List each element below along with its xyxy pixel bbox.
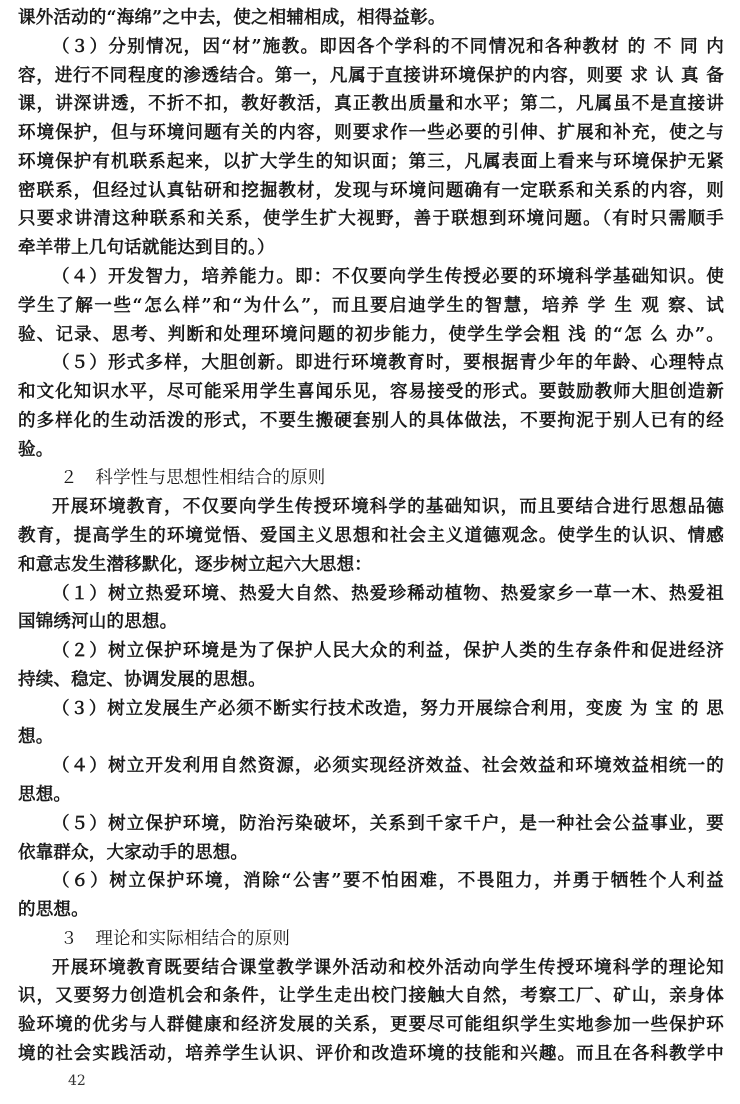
- text-line: 密联系，但经过认真钻研和挖掘教材，发现与环境问题确有一定联系和关系的内容，则: [18, 177, 724, 205]
- text-line: （５）树立保护环境，防治污染破坏，关系到千家千户，是一种社会公益事业，要: [52, 810, 724, 838]
- text-line: 和文化知识水平，尽可能采用学生喜闻乐见，容易接受的形式。要鼓励教师大胆创造新: [18, 378, 724, 406]
- text-line: 验环境的优劣与人群健康和经济发展的关系，更要尽可能组织学生实地参加一些保护环: [18, 1011, 724, 1039]
- section-heading: ２ 科学性与思想性相结合的原则: [60, 464, 660, 492]
- text-line: 持续、稳定、协调发展的思想。: [18, 666, 724, 694]
- text-line: 验、记录、思考、判断和处理环境问题的初步能力，使学生学会粗 浅 的“怎 么 办”…: [18, 321, 724, 349]
- text-line: 只要求讲清这种联系和关系，使学生扩大视野，善于联想到环境问题。（有时只需顺手: [18, 205, 724, 233]
- text-line: 境的社会实践活动，培养学生认识、评价和改造环境的技能和兴趣。而且在各科教学中: [18, 1040, 724, 1068]
- text-line: 国锦绣河山的思想。: [18, 608, 724, 636]
- text-line: 课，讲深讲透，不折不扣，教好教活，真正教出质量和水平；第二，凡属虽不是直接讲: [18, 90, 724, 118]
- text-line: 课外活动的“海绵”之中去，使之相辅相成，相得益彰。: [18, 4, 724, 32]
- text-line: （２）树立保护环境是为了保护人民大众的利益，保护人类的生存条件和促进经济: [52, 637, 724, 665]
- text-line: （６）树立保护环境，消除“公害”要不怕困难，不畏阻力，并勇于牺牲个人利益: [52, 867, 724, 895]
- text-line: 容，进行不同程度的渗透结合。第一，凡属于直接讲环境保护的内容，则要 求 认 真 …: [18, 62, 724, 90]
- text-line: 环境保护有机联系起来，以扩大学生的知识面；第三，凡属表面上看来与环境保护无紧: [18, 148, 724, 176]
- document-page: 课外活动的“海绵”之中去，使之相辅相成，相得益彰。（３）分别情况，因“材”施教。…: [0, 0, 740, 1104]
- text-line: （５）形式多样，大胆创新。即进行环境教育时，要根据青少年的年龄、心理特点: [52, 349, 724, 377]
- text-line: 开展环境教育既要结合课堂教学课外活动和校外活动向学生传授环境科学的理论知: [52, 954, 724, 982]
- text-line: 环境保护，但与环境问题有关的内容，则要求作一些必要的引伸、扩展和补充，使之与: [18, 119, 724, 147]
- text-line: 牵羊带上几句话就能达到目的。）: [18, 234, 724, 262]
- text-line: 思想。: [18, 781, 724, 809]
- text-line: 开展环境教育，不仅要向学生传授环境科学的基础知识，而且要结合进行思想品德: [52, 493, 724, 521]
- page-number: 42: [68, 1073, 86, 1089]
- text-line: 的思想。: [18, 896, 724, 924]
- text-line: 和意志发生潜移默化，逐步树立起六大思想：: [18, 551, 724, 579]
- text-line: （４）树立开发利用自然资源，必须实现经济效益、社会效益和环境效益相统一的: [52, 752, 724, 780]
- text-line: （４）开发智力，培养能力。即：不仅要向学生传授必要的环境科学基础知识。使: [52, 263, 724, 291]
- text-line: （１）树立热爱环境、热爱大自然、热爱珍稀动植物、热爱家乡一草一木、热爱祖: [52, 580, 724, 608]
- text-line: 想。: [18, 723, 724, 751]
- text-line: 验。: [18, 436, 724, 464]
- text-line: 的多样化的生动活泼的形式，不要生搬硬套别人的具体做法，不要拘泥于别人已有的经: [18, 407, 724, 435]
- text-line: 教育，提高学生的环境觉悟、爱国主义思想和社会主义道德观念。使学生的认识、情感: [18, 522, 724, 550]
- text-line: 识，又要努力创造机会和条件，让学生走出校门接触大自然，考察工厂、矿山，亲身体: [18, 982, 724, 1010]
- text-line: （３）树立发展生产必须不断实行技术改造，努力开展综合利用，变废 为 宝 的 思: [52, 695, 724, 723]
- text-line: 依靠群众，大家动手的思想。: [18, 839, 724, 867]
- section-heading: ３ 理论和实际相结合的原则: [60, 925, 660, 953]
- text-line: 学生了解一些“怎么样”和“为什么”，而且要启迪学生的智慧，培养 学 生 观 察、…: [18, 292, 724, 320]
- text-line: （３）分别情况，因“材”施教。即因各个学科的不同情况和各种教材 的 不 同 内: [52, 33, 724, 61]
